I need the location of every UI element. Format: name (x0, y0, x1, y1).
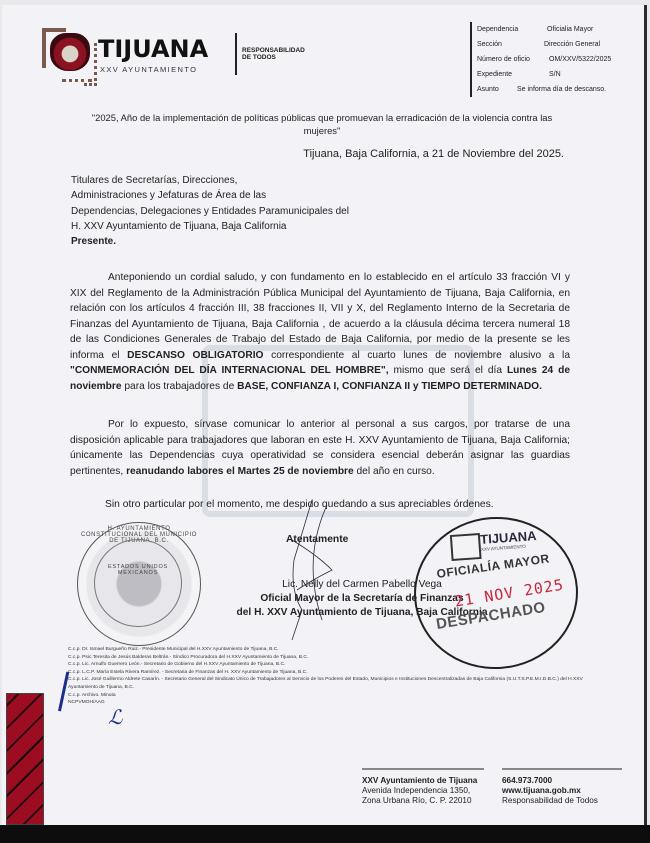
logo-divider (235, 33, 237, 75)
logo-name: TIJUANA (98, 35, 208, 63)
footer-website: www.tijuana.gob.mx (502, 786, 598, 796)
carbon-copy-list: C.c.p. Dr. Ismael Burgueño Ruiz.- Presid… (68, 646, 588, 707)
ccp-item: C.c.p. L.C.P. María Estela Rivera Ramíre… (68, 669, 588, 677)
stamp-logo-icon (450, 533, 482, 561)
body-paragraph-1: Anteponiendo un cordial saludo, y con fu… (70, 270, 570, 394)
bold-span: "CONMEMORACIÓN DEL DÍA INTERNACIONAL DEL… (70, 365, 389, 376)
text-span: Anteponiendo un cordial saludo, y con fu… (70, 272, 570, 361)
recipient-line: H. XXV Ayuntamiento de Tijuana, Baja Cal… (71, 219, 349, 234)
logo-slogan: RESPONSABILIDAD DE TODOS (242, 47, 332, 61)
text-span: del año en curso. (354, 466, 435, 477)
bold-span: reanudando labores el Martes 25 de novie… (126, 466, 354, 477)
ccp-item: C.c.p. Archivo. Minuta (68, 692, 588, 700)
ref-value: Dirección General (544, 41, 600, 48)
footer-divider (502, 768, 622, 770)
recipient-line: Dependencias, Delegaciones y Entidades P… (71, 204, 349, 219)
body-paragraph-2: Por lo expuesto, sírvase comunicar lo an… (70, 417, 570, 479)
logo-chain-bottom-icon (62, 79, 92, 88)
ref-key: Dependencia (477, 26, 518, 33)
footer-phone: 664.973.7000 (502, 776, 598, 786)
ref-value: Se informa día de descanso. (517, 86, 606, 93)
ref-asunto: Asunto Se informa día de descanso. (477, 86, 499, 93)
ref-key: Expediente (477, 71, 512, 78)
ccp-item: C.c.p. Lic. Arnulfo Guerrero León.- Secr… (68, 661, 588, 669)
ref-seccion: Sección Dirección General (477, 41, 502, 48)
ref-value: OM/XXV/5322/2025 (549, 56, 611, 63)
footer-address-line: Avenida Independencia 1350, (362, 786, 477, 796)
bottom-edge (0, 825, 650, 843)
salutation: Presente. (71, 234, 349, 249)
footer-slogan: Responsabilidad de Todos (502, 796, 598, 806)
ccp-item: C.c.p. Dr. Ismael Burgueño Ruiz.- Presid… (68, 646, 588, 654)
logo-slogan-line1: RESPONSABILIDAD (242, 47, 332, 54)
ref-numero-oficio: Número de oficio OM/XXV/5322/2025 (477, 56, 530, 63)
ref-expediente: Expediente S/N (477, 71, 512, 78)
ref-value: Oficialia Mayor (547, 26, 593, 33)
ref-key: Asunto (477, 86, 499, 93)
bold-span: DESCANSO OBLIGATORIO (127, 350, 263, 361)
decorative-pattern-strip (6, 693, 44, 825)
ref-dependencia: Dependencia Oficialia Mayor (477, 26, 518, 33)
text-span: para los trabajadores de (122, 381, 238, 392)
ref-value: S/N (549, 71, 561, 78)
ccp-item: C.c.p. Psic.Teresita de Jesús Balderas B… (68, 654, 588, 662)
recipient-line: Administraciones y Jefaturas de Área de … (71, 188, 349, 203)
document-page: TIJUANA XXV AYUNTAMIENTO RESPONSABILIDAD… (2, 5, 647, 825)
recipient-line: Titulares de Secretarías, Direcciones, (71, 173, 349, 188)
footer-org: XXV Ayuntamiento de Tijuana (362, 776, 477, 786)
ref-key: Sección (477, 41, 502, 48)
bold-span: BASE, CONFIANZA I, CONFIANZA II y TIEMPO… (237, 381, 542, 392)
footer-contact: 664.973.7000 www.tijuana.gob.mx Responsa… (502, 776, 598, 806)
reference-box: Dependencia Oficialia Mayor Sección Dire… (470, 22, 642, 97)
closing-line: Sin otro particular por el momento, me d… (105, 499, 494, 510)
seal-inner-text: ESTADOS UNIDOS MEXICANOS (95, 564, 181, 576)
text-span: mismo que será el día (389, 365, 507, 376)
date-line: Tijuana, Baja California, a 21 de Noviem… (303, 148, 564, 160)
logo-slogan-line2: DE TODOS (242, 54, 332, 61)
recipient-block: Titulares de Secretarías, Direcciones, A… (71, 173, 349, 249)
ink-initial-icon: ℒ (108, 705, 122, 729)
footer-divider (362, 768, 484, 770)
tijuana-logo: TIJUANA XXV AYUNTAMIENTO RESPONSABILIDAD… (42, 25, 272, 87)
footer-address: XXV Ayuntamiento de Tijuana Avenida Inde… (362, 776, 477, 806)
ccp-item: C.c.p. Lic. José Guillermo Aldrete Casar… (68, 676, 588, 691)
logo-subtitle: XXV AYUNTAMIENTO (100, 65, 197, 74)
text-span: correspondiente al cuarto lunes de novie… (263, 350, 570, 361)
sign-off: Atentamente (286, 534, 348, 545)
footer-address-line: Zona Urbana Río, C. P. 22010 (362, 796, 477, 806)
ref-key: Número de oficio (477, 56, 530, 63)
ccp-initials: NCPVMOH/AAG (68, 699, 588, 707)
year-motto: "2025, Año de la implementación de polít… (82, 111, 562, 137)
